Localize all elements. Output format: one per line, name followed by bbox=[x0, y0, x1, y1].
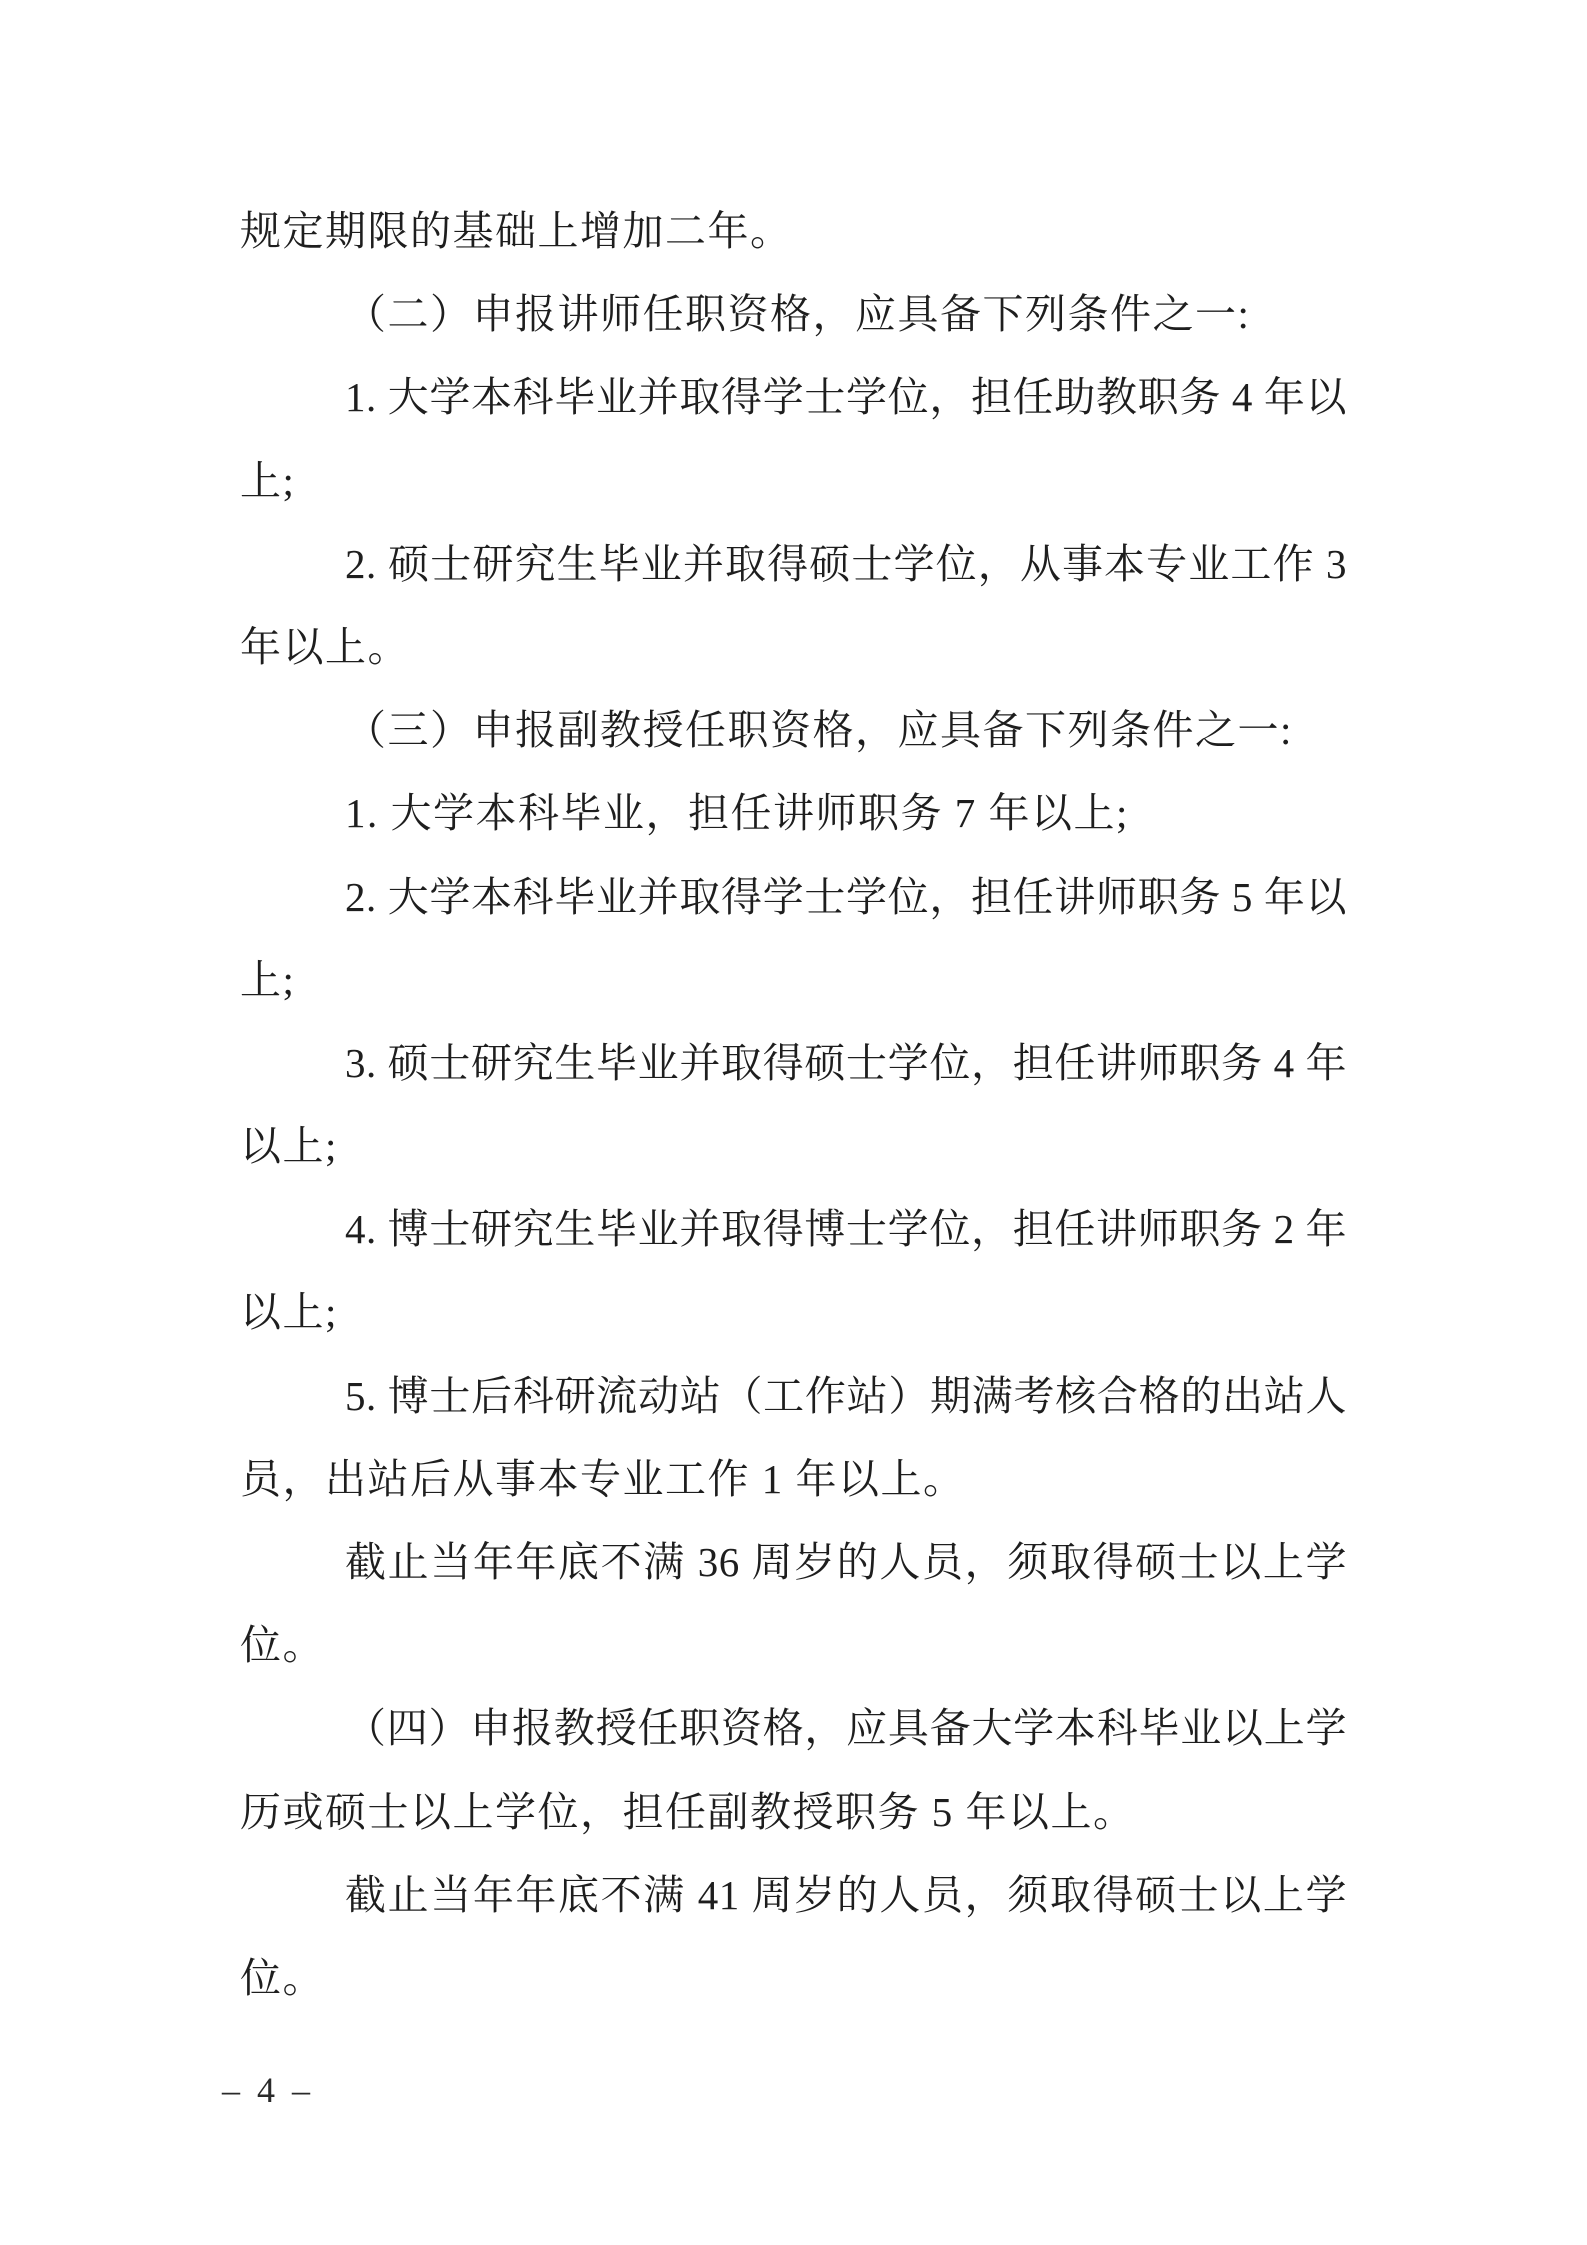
text-line: 2. 硕士研究生毕业并取得硕士学位，从事本专业工作 3 bbox=[240, 523, 1347, 606]
text-line: 上; bbox=[240, 939, 1347, 1022]
text-line: 年以上。 bbox=[240, 606, 1347, 689]
text-line: 以上; bbox=[240, 1271, 1347, 1354]
text-line: 4. 博士研究生毕业并取得博士学位，担任讲师职务 2 年 bbox=[240, 1188, 1347, 1271]
text-line: 1. 大学本科毕业，担任讲师职务 7 年以上; bbox=[240, 772, 1347, 855]
text-line: 3. 硕士研究生毕业并取得硕士学位，担任讲师职务 4 年 bbox=[240, 1022, 1347, 1105]
text-line: （三）申报副教授任职资格，应具备下列条件之一: bbox=[240, 689, 1347, 772]
text-line: （二）申报讲师任职资格，应具备下列条件之一: bbox=[240, 273, 1347, 356]
text-line: 员，出站后从事本专业工作 1 年以上。 bbox=[240, 1438, 1347, 1521]
text-line: 5. 博士后科研流动站（工作站）期满考核合格的出站人 bbox=[240, 1355, 1347, 1438]
text-line: 截止当年年底不满 36 周岁的人员，须取得硕士以上学 bbox=[240, 1521, 1347, 1604]
text-line: （四）申报教授任职资格，应具备大学本科毕业以上学 bbox=[240, 1687, 1347, 1770]
text-line: 2. 大学本科毕业并取得学士学位，担任讲师职务 5 年以 bbox=[240, 856, 1347, 939]
text-line: 上; bbox=[240, 440, 1347, 523]
page-number: – 4 – bbox=[222, 2066, 314, 2114]
text-line: 规定期限的基础上增加二年。 bbox=[240, 190, 1347, 273]
text-line: 位。 bbox=[240, 1937, 1347, 2020]
text-line: 历或硕士以上学位，担任副教授职务 5 年以上。 bbox=[240, 1771, 1347, 1854]
text-line: 位。 bbox=[240, 1604, 1347, 1687]
document-page: 规定期限的基础上增加二年。（二）申报讲师任职资格，应具备下列条件之一:1. 大学… bbox=[0, 0, 1587, 2245]
document-body: 规定期限的基础上增加二年。（二）申报讲师任职资格，应具备下列条件之一:1. 大学… bbox=[240, 190, 1347, 2020]
text-line: 1. 大学本科毕业并取得学士学位，担任助教职务 4 年以 bbox=[240, 356, 1347, 439]
text-line: 截止当年年底不满 41 周岁的人员，须取得硕士以上学 bbox=[240, 1854, 1347, 1937]
text-line: 以上; bbox=[240, 1105, 1347, 1188]
